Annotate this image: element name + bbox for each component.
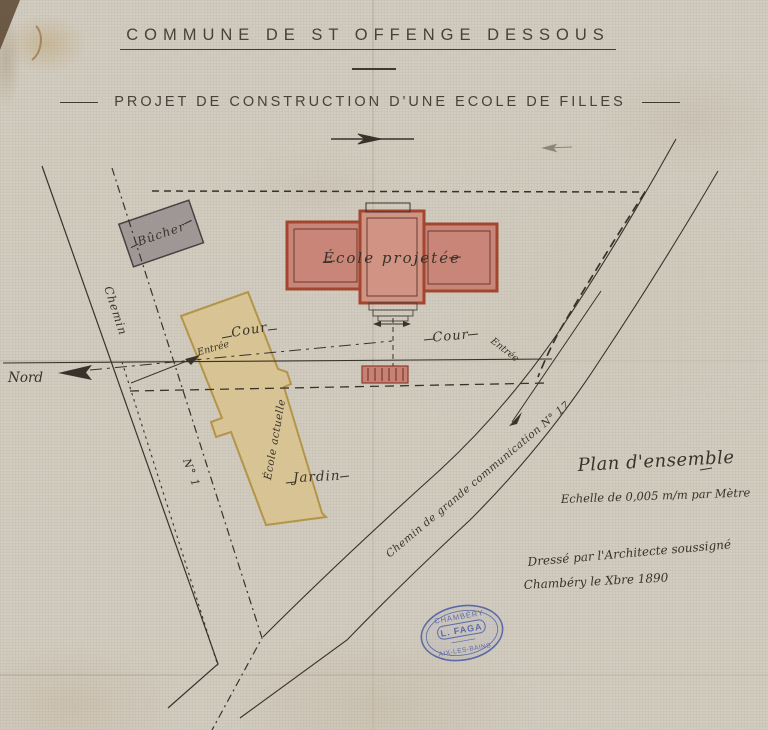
- woodshed-building: Bûcher: [119, 200, 204, 267]
- scale-note: Echelle de 0,005 m/m par Mètre: [560, 485, 751, 506]
- entrance-gate: [362, 366, 408, 383]
- title-arrow-divider: [331, 134, 414, 144]
- north-label: Nord: [7, 370, 43, 386]
- courtyard-east-label: Cour: [432, 327, 470, 345]
- small-road-arrow: [543, 145, 572, 152]
- main-road-west-edge: [263, 139, 676, 637]
- plan-sheet: COMMUNE DE ST OFFENGE DESSOUS PROJET DE …: [0, 0, 768, 730]
- ink-blot: [32, 26, 41, 60]
- site-plan: Bûcher École projetée: [0, 0, 768, 730]
- west-road-label: Chemin: [101, 284, 130, 337]
- west-entrance-arrow: [131, 355, 200, 383]
- entrance-east-label: Entrée: [487, 335, 521, 365]
- signature-line2: Chambéry le Xbre 1890: [523, 570, 669, 592]
- east-entrance-arrow: [509, 291, 601, 426]
- proposed-school-label: École projetée: [322, 249, 461, 267]
- south-line: [3, 359, 552, 363]
- garden-label: Jardin: [290, 468, 341, 487]
- north-boundary: [152, 191, 645, 192]
- rural-road-edge: [122, 362, 218, 666]
- proposed-school-building: École projetée: [287, 203, 497, 321]
- courtyard-east: Cour: [424, 327, 478, 345]
- plan-name: Plan d'ensemble: [576, 447, 735, 476]
- measure-arrow: [373, 321, 411, 327]
- architect-stamp: CHAMBÉRY L. FAGA AIX-LES-BAINS: [417, 599, 507, 666]
- garden: Jardin: [286, 468, 349, 487]
- rural-road-number-label: N° 1: [180, 456, 203, 489]
- main-road-label: Chemin de grande communication N° 17: [384, 399, 573, 560]
- signature-line1: Dressé par l'Architecte soussigné: [526, 537, 732, 569]
- south-boundary-dashed: [130, 383, 548, 391]
